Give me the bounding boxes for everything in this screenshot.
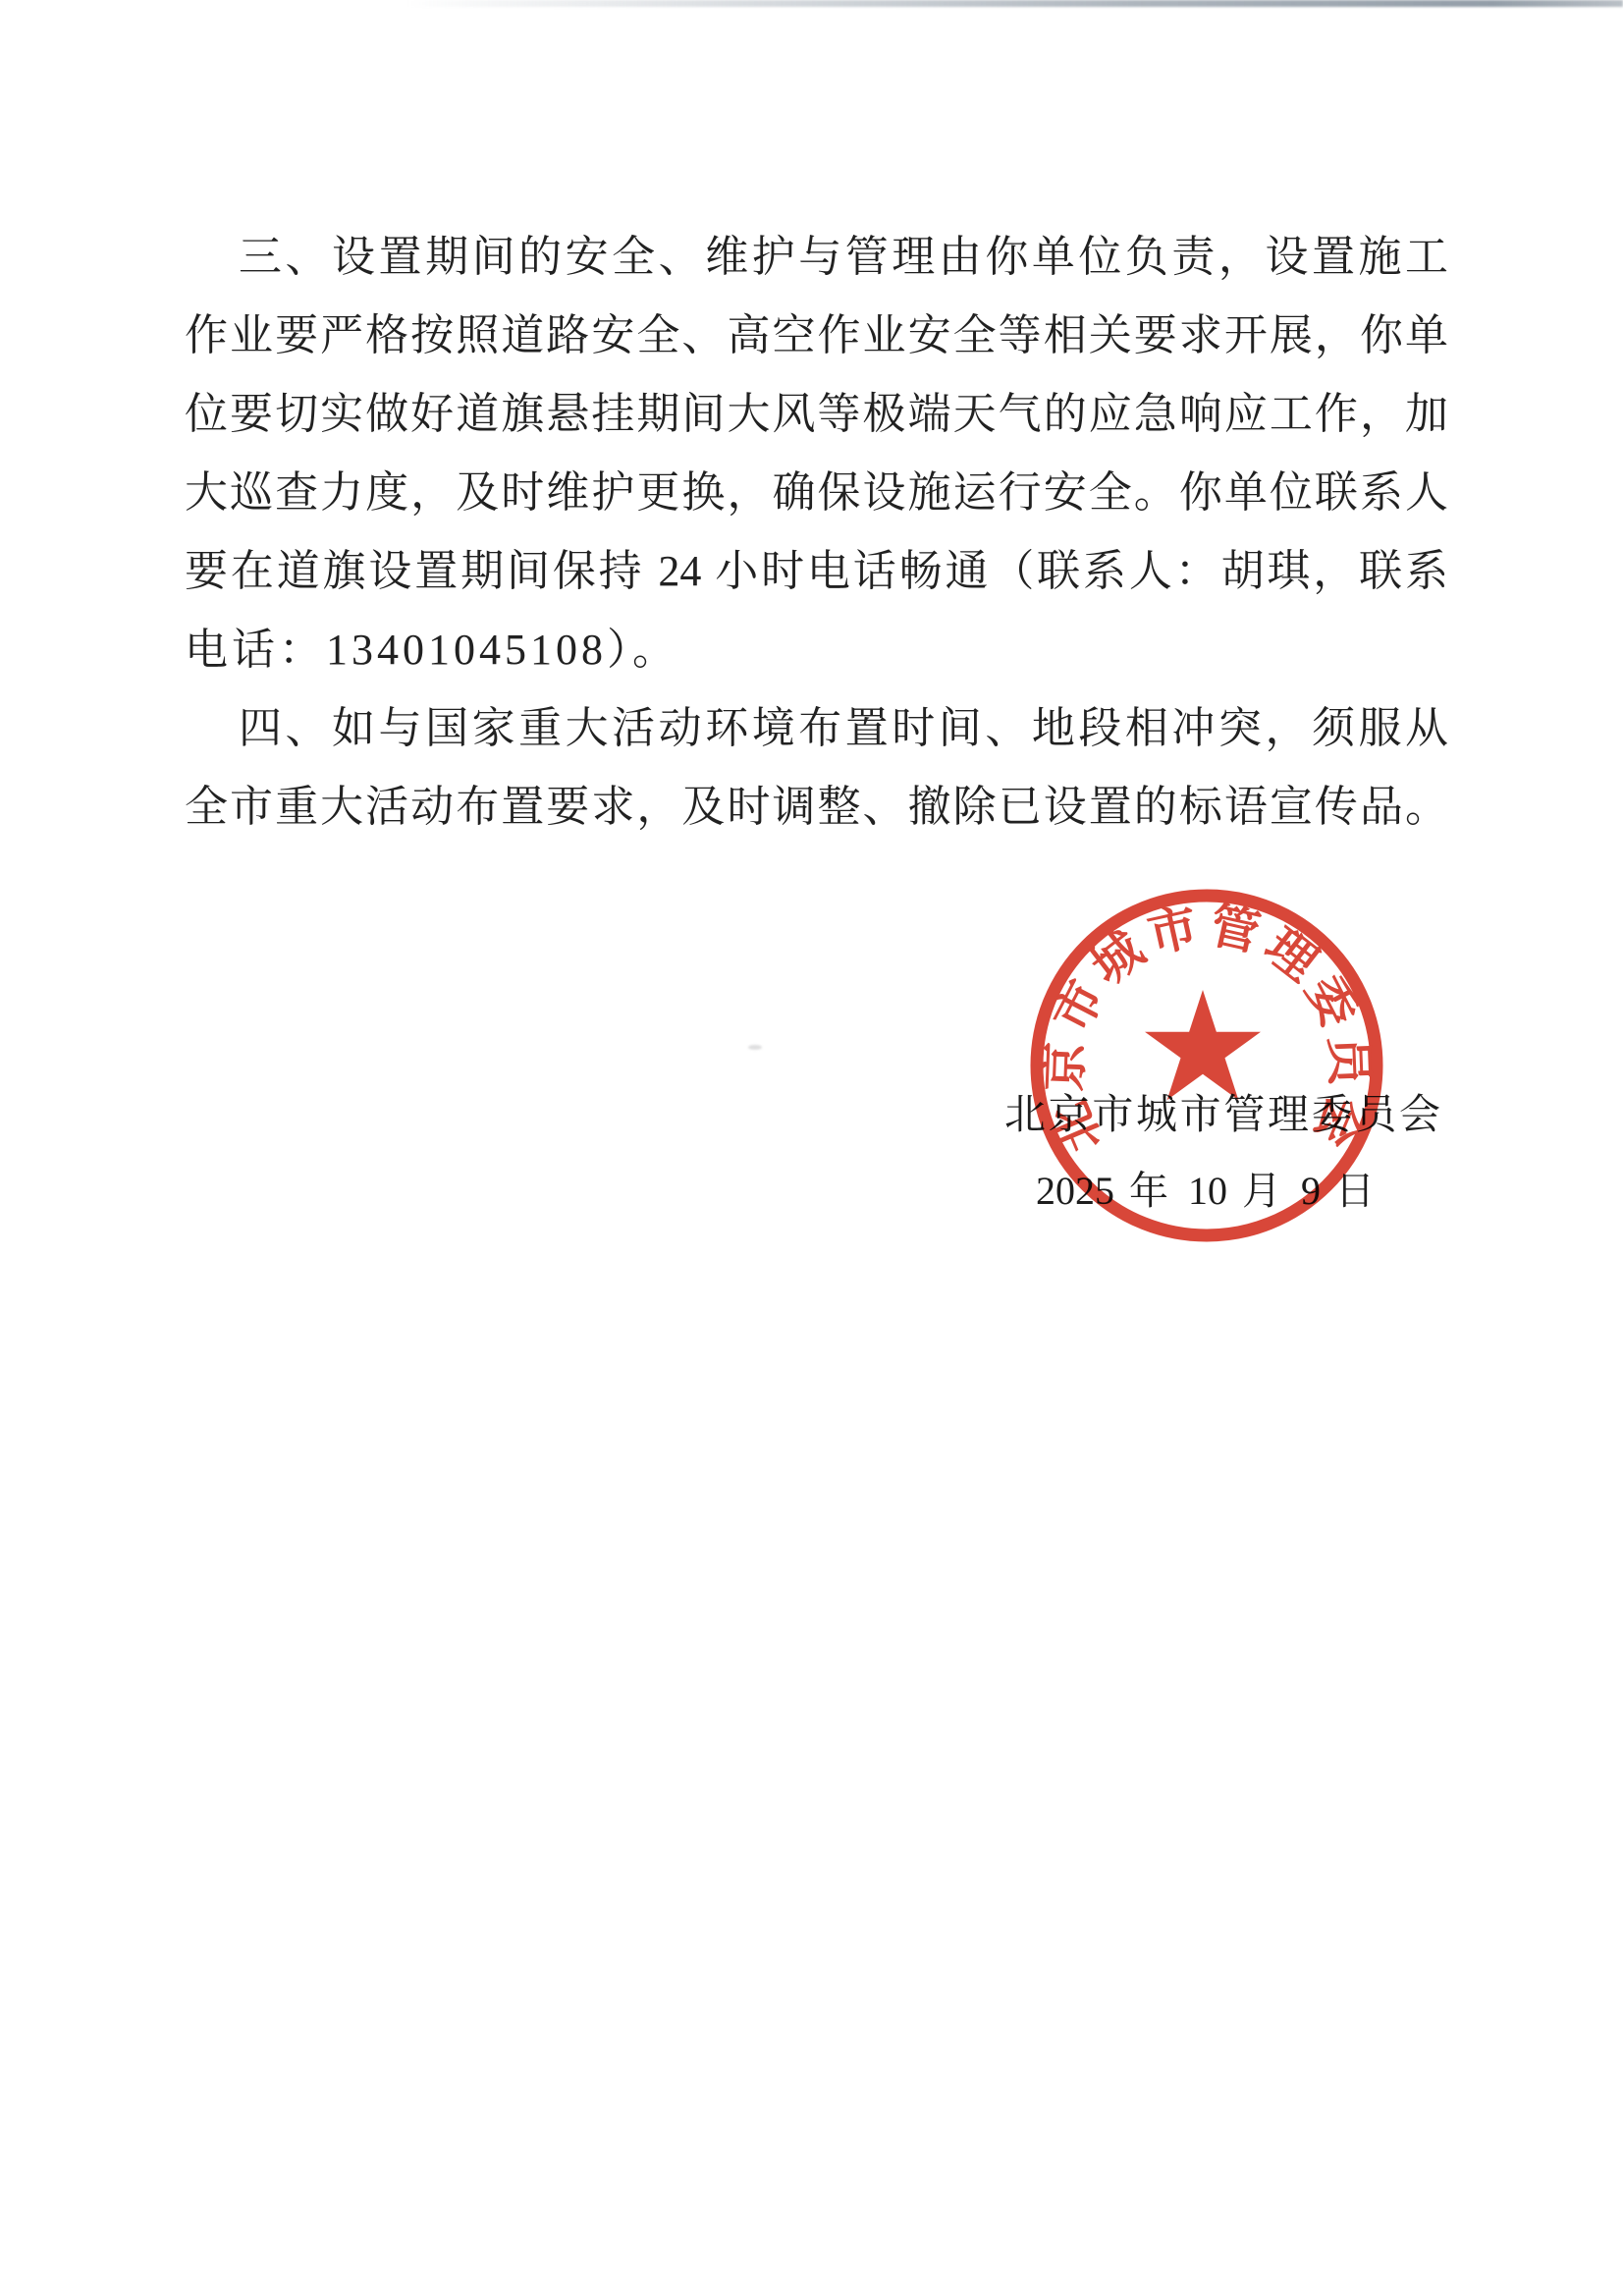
document-line: 作业要严格按照道路安全、高空作业安全等相关要求开展，你单 — [185, 297, 1448, 375]
paper-smudge — [748, 1045, 762, 1050]
seal-star-icon — [1145, 990, 1261, 1100]
scan-edge-artifact — [0, 0, 1623, 7]
document-line: 要在道旗设置期间保持 24 小时电话畅通（联系人：胡琪，联系 — [185, 532, 1448, 611]
document-line: 三、设置期间的安全、维护与管理由你单位负责，设置施工 — [185, 218, 1448, 297]
document-line: 电话：13401045108）。 — [185, 611, 1448, 689]
document-line: 全市重大活动布置要求，及时调整、撤除已设置的标语宣传品。 — [185, 768, 1448, 847]
body-text: 三、设置期间的安全、维护与管理由你单位负责，设置施工 作业要严格按照道路安全、高… — [185, 218, 1448, 847]
document-line: 位要切实做好道旗悬挂期间大风等极端天气的应急响应工作，加 — [185, 375, 1448, 454]
document-line: 大巡查力度，及时维护更换，确保设施运行安全。你单位联系人 — [185, 454, 1448, 532]
document-line: 四、如与国家重大活动环境布置时间、地段相冲突，须服从 — [185, 689, 1448, 768]
document-page: 三、设置期间的安全、维护与管理由你单位负责，设置施工 作业要严格按照道路安全、高… — [0, 0, 1623, 2296]
official-seal: 北京市城市管理委员会 — [1020, 879, 1393, 1252]
